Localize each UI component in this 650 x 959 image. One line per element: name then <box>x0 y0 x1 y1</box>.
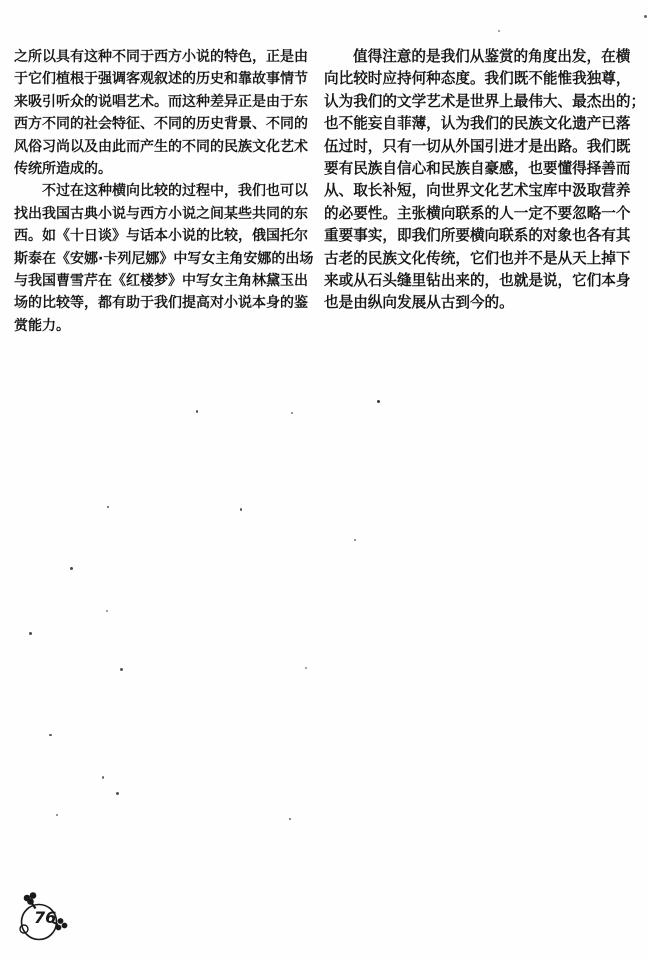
text-line: 向比较时应持何种态度。我们既不能惟我独尊， <box>324 68 636 90</box>
text-line: 风俗习尚以及由此而产生的不同的民族文化艺术 <box>14 136 312 158</box>
scan-speck <box>107 506 109 508</box>
clover-icon <box>24 892 37 908</box>
text-line: 不过在这种横向比较的过程中，我们也可以 <box>14 180 312 202</box>
text-line: 值得注意的是我们从鉴赏的角度出发，在横 <box>324 46 636 68</box>
scan-speck <box>29 632 32 635</box>
text-line: 场的比较等，都有助于我们提高对小说本身的鉴 <box>14 292 312 314</box>
scan-speck <box>644 15 647 18</box>
scan-speck <box>70 567 73 570</box>
text-line: 伍过时，只有一切从外国引进才是出路。我们既 <box>324 136 636 158</box>
scan-speck <box>240 508 242 511</box>
right-column: 值得注意的是我们从鉴赏的角度出发，在横 向比较时应持何种态度。我们既不能惟我独尊… <box>324 46 636 315</box>
scan-speck <box>354 539 356 541</box>
page-number-ornament: 76 <box>16 890 74 950</box>
scan-speck <box>289 818 291 820</box>
scan-speck <box>291 412 293 414</box>
text-line: 于它们植根于强调客观叙述的历史和靠故事情节 <box>14 68 312 90</box>
text-line: 之所以具有这种不同于西方小说的特色，正是由 <box>14 46 312 68</box>
scan-speck <box>49 734 52 736</box>
text-line: 也是由纵向发展从古到今的。 <box>324 292 636 314</box>
text-line: 西。如《十日谈》与话本小说的比较，俄国托尔 <box>14 225 312 247</box>
text-line: 找出我国古典小说与西方小说之间某些共同的东 <box>14 203 312 225</box>
book-page: 之所以具有这种不同于西方小说的特色，正是由 于它们植根于强调客观叙述的历史和靠故… <box>0 0 650 959</box>
text-line: 来吸引听众的说唱艺术。而这种差异正是由于东 <box>14 91 312 113</box>
scan-speck <box>116 792 119 795</box>
text-line: 要有民族自信心和民族自豪感，也要懂得择善而 <box>324 158 636 180</box>
text-line: 也不能妄自菲薄，认为我们的民族文化遗产已落 <box>324 113 636 135</box>
text-line: 与我国曹雪芹在《红楼梦》中写女主角林黛玉出 <box>14 270 312 292</box>
page-number: 76 <box>34 908 56 927</box>
text-line: 赏能力。 <box>14 315 312 337</box>
text-line: 重要事实，即我们所要横向联系的对象也各有其 <box>324 225 636 247</box>
text-line: 西方不同的社会特征、不同的历史背景、不同的 <box>14 113 312 135</box>
text-line: 传统所造成的。 <box>14 158 312 180</box>
text-line: 的必要性。主张横向联系的人一定不要忽略一个 <box>324 203 636 225</box>
scan-speck <box>305 667 307 669</box>
text-line: 斯泰在《安娜·卡列尼娜》中写女主角安娜的出场 <box>14 248 312 270</box>
text-line: 古老的民族文化传统，它们也并不是从天上掉下 <box>324 248 636 270</box>
scan-speck <box>120 668 123 671</box>
scan-speck <box>377 400 380 403</box>
scan-speck <box>56 814 58 816</box>
text-line: 认为我们的文学艺术是世界上最伟大、最杰出的； <box>324 91 636 113</box>
left-column: 之所以具有这种不同于西方小说的特色，正是由 于它们植根于强调客观叙述的历史和靠故… <box>14 46 312 337</box>
text-line: 从、取长补短，向世界文化艺术宝库中汲取营养 <box>324 180 636 202</box>
scan-speck <box>498 30 500 32</box>
scan-speck <box>102 776 104 779</box>
scan-speck <box>196 410 198 413</box>
text-line: 来或从石头缝里钻出来的，也就是说，它们本身 <box>324 270 636 292</box>
scan-speck <box>106 610 108 612</box>
